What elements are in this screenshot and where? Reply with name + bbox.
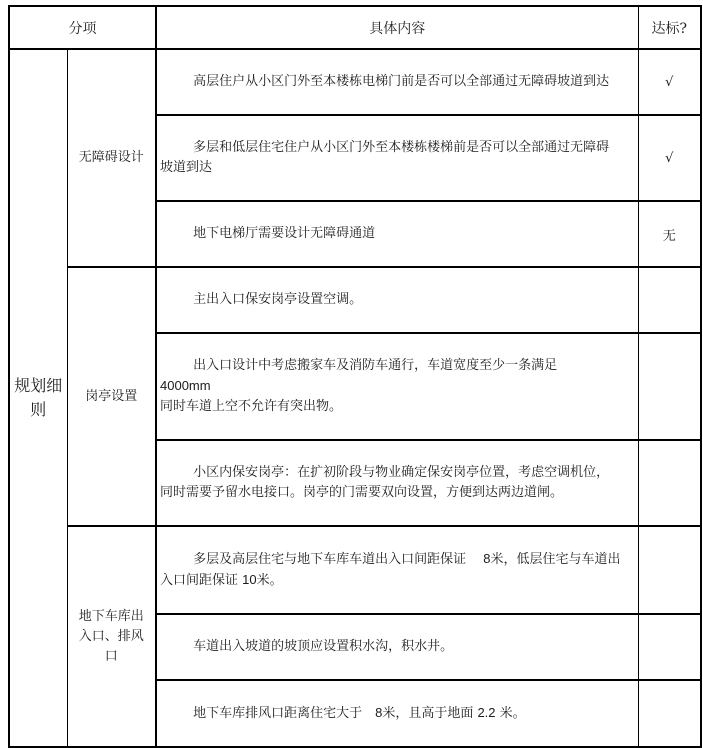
content-text: 高层住户从小区门外至本楼栋电梯门前是否可以全部通过无障碍坡道到达 xyxy=(193,74,609,89)
planning-checklist-table: 分项 具体内容 达标? 规划细则 无障碍设计 高层住户从小区门外至本楼栋电梯门前… xyxy=(8,5,702,518)
content-cell: 高层住户从小区门外至本楼栋电梯门前是否可以全部通过无障碍坡道到达 xyxy=(156,49,638,115)
checklist-sheet: 分项 具体内容 达标? 规划细则 无障碍设计 高层住户从小区门外至本楼栋电梯门前… xyxy=(8,5,702,518)
content-cell: 出入口设计中考虑搬家车及消防车通行，车道宽度至少一条满足 4000mm 同时车道… xyxy=(156,333,638,440)
content-cell: 小区内保安岗亭：在扩初阶段与物业确定保安岗亭位置，考虑空调机位， 同时需要予留水… xyxy=(156,440,638,518)
status-value: √ xyxy=(665,75,673,90)
status-cell: 无 xyxy=(638,201,701,267)
content-number: 4000mm xyxy=(160,378,211,393)
status-cell xyxy=(638,440,701,518)
content-text: 主出入口保安岗亭设置空调。 xyxy=(193,292,362,307)
content-text: 地下电梯厅需要设计无障碍通道 xyxy=(193,226,375,241)
content-text: 出入口设计中考虑搬家车及消防车通行，车道宽度至少一条满足 xyxy=(193,358,596,373)
section-label-accessibility: 无障碍设计 xyxy=(67,49,156,267)
content-text: 同时车道上空不允许有突出物。 xyxy=(160,399,342,414)
status-cell: √ xyxy=(638,49,701,115)
status-cell: √ xyxy=(638,115,701,201)
content-text: 小区内保安岗亭：在扩初阶段与物业确定保安岗亭位置，考虑空调机位， 同时需要予留水… xyxy=(160,465,609,500)
header-row: 分项 具体内容 达标? xyxy=(9,6,701,49)
status-value: √ xyxy=(665,151,673,166)
status-cell xyxy=(638,333,701,440)
content-cell: 地下电梯厅需要设计无障碍通道 xyxy=(156,201,638,267)
table-row: 岗亭设置 主出入口保安岗亭设置空调。 xyxy=(9,267,701,333)
status-value: 无 xyxy=(663,229,676,244)
table-row: 规划细则 无障碍设计 高层住户从小区门外至本楼栋电梯门前是否可以全部通过无障碍坡… xyxy=(9,49,701,115)
header-content: 具体内容 xyxy=(156,6,638,49)
status-cell xyxy=(638,267,701,333)
section-label-guard-booth: 岗亭设置 xyxy=(67,267,156,518)
content-cell: 主出入口保安岗亭设置空调。 xyxy=(156,267,638,333)
group-label: 规划细则 xyxy=(9,49,67,518)
content-text: 多层和低层住宅住户从小区门外至本楼栋楼梯前是否可以全部通过无障碍 坡道到达 xyxy=(160,140,609,175)
header-status: 达标? xyxy=(638,6,701,49)
header-category: 分项 xyxy=(9,6,156,49)
content-cell: 多层和低层住宅住户从小区门外至本楼栋楼梯前是否可以全部通过无障碍 坡道到达 xyxy=(156,115,638,201)
